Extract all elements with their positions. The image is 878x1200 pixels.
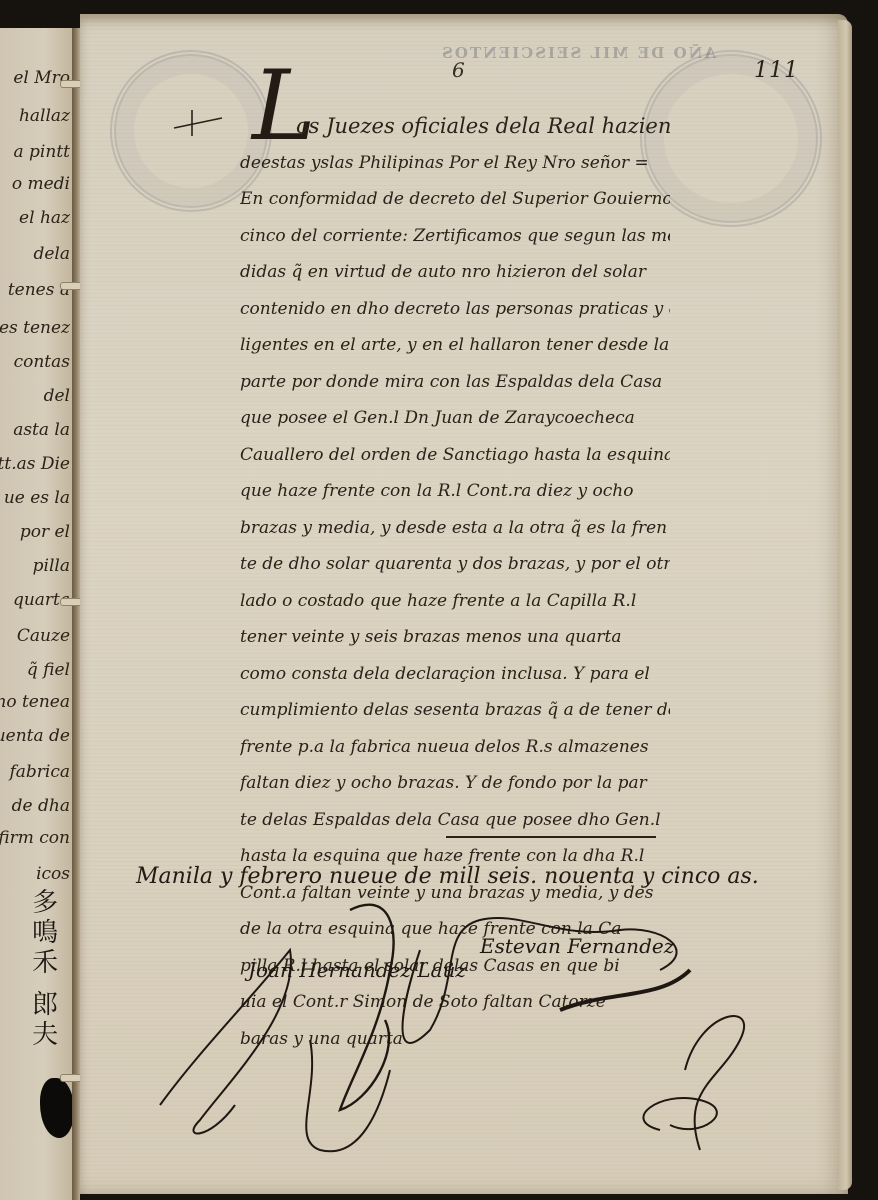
- left-fragment: a pintt: [14, 142, 70, 162]
- text-line: os Juezes oficiales dela Real hazienda: [240, 108, 670, 145]
- left-fragment: o medi: [12, 174, 70, 194]
- text-line: ligentes en el arte, y en el hallaron te…: [240, 327, 670, 364]
- left-fragment: q̃ fiel: [27, 660, 70, 680]
- left-fragment: dela: [33, 244, 70, 264]
- ink-blot: [40, 1078, 74, 1138]
- left-fragment: del: [44, 386, 70, 406]
- text-line: frente p.a la fabrica nueua delos R.s al…: [240, 729, 670, 766]
- left-fragment: de dha: [12, 796, 70, 816]
- left-fragment: no tenea: [0, 692, 70, 712]
- left-fragment: contas: [14, 352, 70, 372]
- left-fragment: hallaz: [19, 106, 70, 126]
- cross-mark-icon: [172, 108, 224, 138]
- closing-flourish-line: [446, 836, 656, 838]
- left-fragment: contt.as Die: [0, 454, 70, 474]
- text-line: didas q̃ en virtud de auto nro hizieron …: [240, 254, 670, 291]
- left-fragment: firm con: [0, 828, 70, 848]
- text-line: te de dho solar quarenta y dos brazas, y…: [240, 546, 670, 583]
- left-fragment: es tenez: [0, 318, 70, 338]
- top-mark: 6: [452, 58, 465, 82]
- text-line: Cauallero del orden de Sanctiago hasta l…: [240, 437, 670, 474]
- text-line: brazas y media, y desde esta a la otra q…: [240, 510, 670, 547]
- text-line: que haze frente con la R.l Cont.ra diez …: [240, 473, 670, 510]
- left-fragment: quenta de: [0, 726, 70, 746]
- left-fragment: icos: [36, 864, 70, 884]
- signature-2: Estevan Fernandez: [480, 934, 674, 958]
- left-fragment: asta la: [13, 420, 70, 440]
- signature-1: Joan Hernandez Lauz: [248, 958, 466, 982]
- text-line: parte por donde mira con las Espaldas de…: [240, 364, 670, 401]
- text-line: contenido en dho decreto las personas pr…: [240, 291, 670, 328]
- text-line: faltan diez y ocho brazas. Y de fondo po…: [240, 765, 670, 802]
- left-fragment: por el: [20, 522, 70, 542]
- text-line: deestas yslas Philipinas Por el Rey Nro …: [240, 145, 670, 182]
- page-edge: [838, 20, 852, 1190]
- binding-gutter: [72, 28, 80, 1200]
- text-line: En conformidad de decreto del Superior G…: [240, 181, 670, 218]
- bleed-through-stamp-text: AÑO DE MIL SEISCIENTOS: [440, 44, 716, 62]
- left-facing-page: el Mro hallaz a pintt o medi el haz dela…: [0, 28, 74, 1200]
- signature-block: Joan Hernandez Lauz Estevan Fernandez: [140, 890, 780, 1180]
- text-line: tener veinte y seis brazas menos una qua…: [240, 619, 670, 656]
- left-fragment: pilla: [33, 556, 70, 576]
- text-line: como consta dela declaraçion inclusa. Y …: [240, 656, 670, 693]
- text-line: cumplimiento delas sesenta brazas q̃ a d…: [240, 692, 670, 729]
- folio-number: 111: [754, 58, 799, 83]
- left-fragment: fabrica: [9, 762, 70, 782]
- left-fragment: Cauze: [17, 626, 70, 646]
- left-fragment: el haz: [19, 208, 70, 228]
- left-cjk-characters: 多鳴禾 郎夫: [28, 888, 57, 1050]
- text-line: cinco del corriente: Zertificamos que se…: [240, 218, 670, 255]
- dateline: Manila y febrero nueue de mill seis. nou…: [136, 864, 759, 889]
- signature-flourishes-icon: [140, 890, 780, 1180]
- text-line: te delas Espaldas dela Casa que posee dh…: [240, 802, 670, 839]
- left-fragment: ue es la: [4, 488, 70, 508]
- text-line: lado o costado que haze frente a la Capi…: [240, 583, 670, 620]
- text-line: que posee el Gen.l Dn Juan de Zaraycoech…: [240, 400, 670, 437]
